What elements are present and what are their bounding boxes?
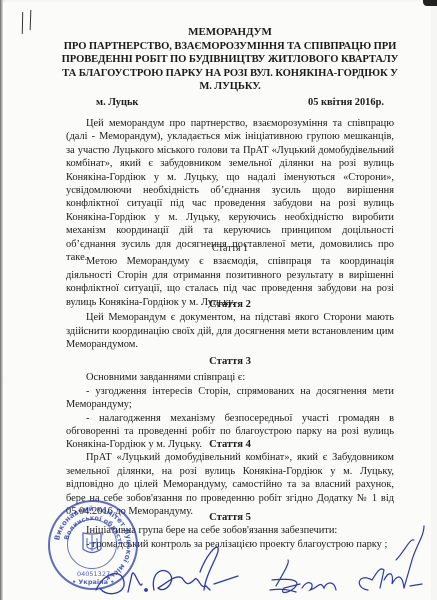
svg-text:04051327: 04051327 bbox=[77, 570, 110, 578]
document-place: м. Луцьк bbox=[96, 97, 138, 108]
document-subtitle-line: ПРО ПАРТНЕРСТВО, ВЗАЄМОРОЗУМІННЯ ТА СПІВ… bbox=[60, 40, 400, 54]
coat-of-arms-icon bbox=[81, 531, 103, 557]
article-paragraph: Цей Меморандум є документом, на підставі… bbox=[66, 311, 394, 351]
scan-corner bbox=[423, 0, 437, 6]
document-title: МЕМОРАНДУМ bbox=[60, 26, 400, 40]
article-paragraph: - узгодження інтересів Сторін, спрямован… bbox=[66, 385, 394, 412]
page-number-mark bbox=[22, 10, 34, 34]
article-title: Стаття 1 bbox=[66, 242, 394, 255]
document-subtitle-line: ПРОВЕДЕННІ РОБІТ ПО БУДІВНИЦТВУ ЖИТЛОВОГ… bbox=[60, 53, 400, 67]
document-subtitle-line: М. ЛУЦЬКУ. bbox=[60, 80, 400, 94]
document-header: МЕМОРАНДУМ ПРО ПАРТНЕРСТВО, ВЗАЄМОРОЗУМІ… bbox=[60, 26, 400, 94]
svg-text:• Україна •: • Україна • bbox=[72, 578, 114, 586]
official-stamp: Виконавчий комітет Луцької міськ Волинсь… bbox=[48, 500, 138, 590]
article-2: Стаття 2 Цей Меморандум є документом, на… bbox=[66, 298, 394, 352]
article-title: Стаття 3 bbox=[66, 355, 394, 368]
article-paragraph: Основними завданнями співпраці є: bbox=[66, 371, 394, 384]
article-title: Стаття 4 bbox=[66, 438, 394, 451]
document-date: 05 квітня 2016р. bbox=[308, 97, 384, 108]
document-subtitle-line: ТА БЛАГОУСТРОЮ ПАРКУ НА РОЗІ ВУЛ. КОНЯКІ… bbox=[60, 67, 400, 81]
article-title: Стаття 2 bbox=[66, 298, 394, 311]
